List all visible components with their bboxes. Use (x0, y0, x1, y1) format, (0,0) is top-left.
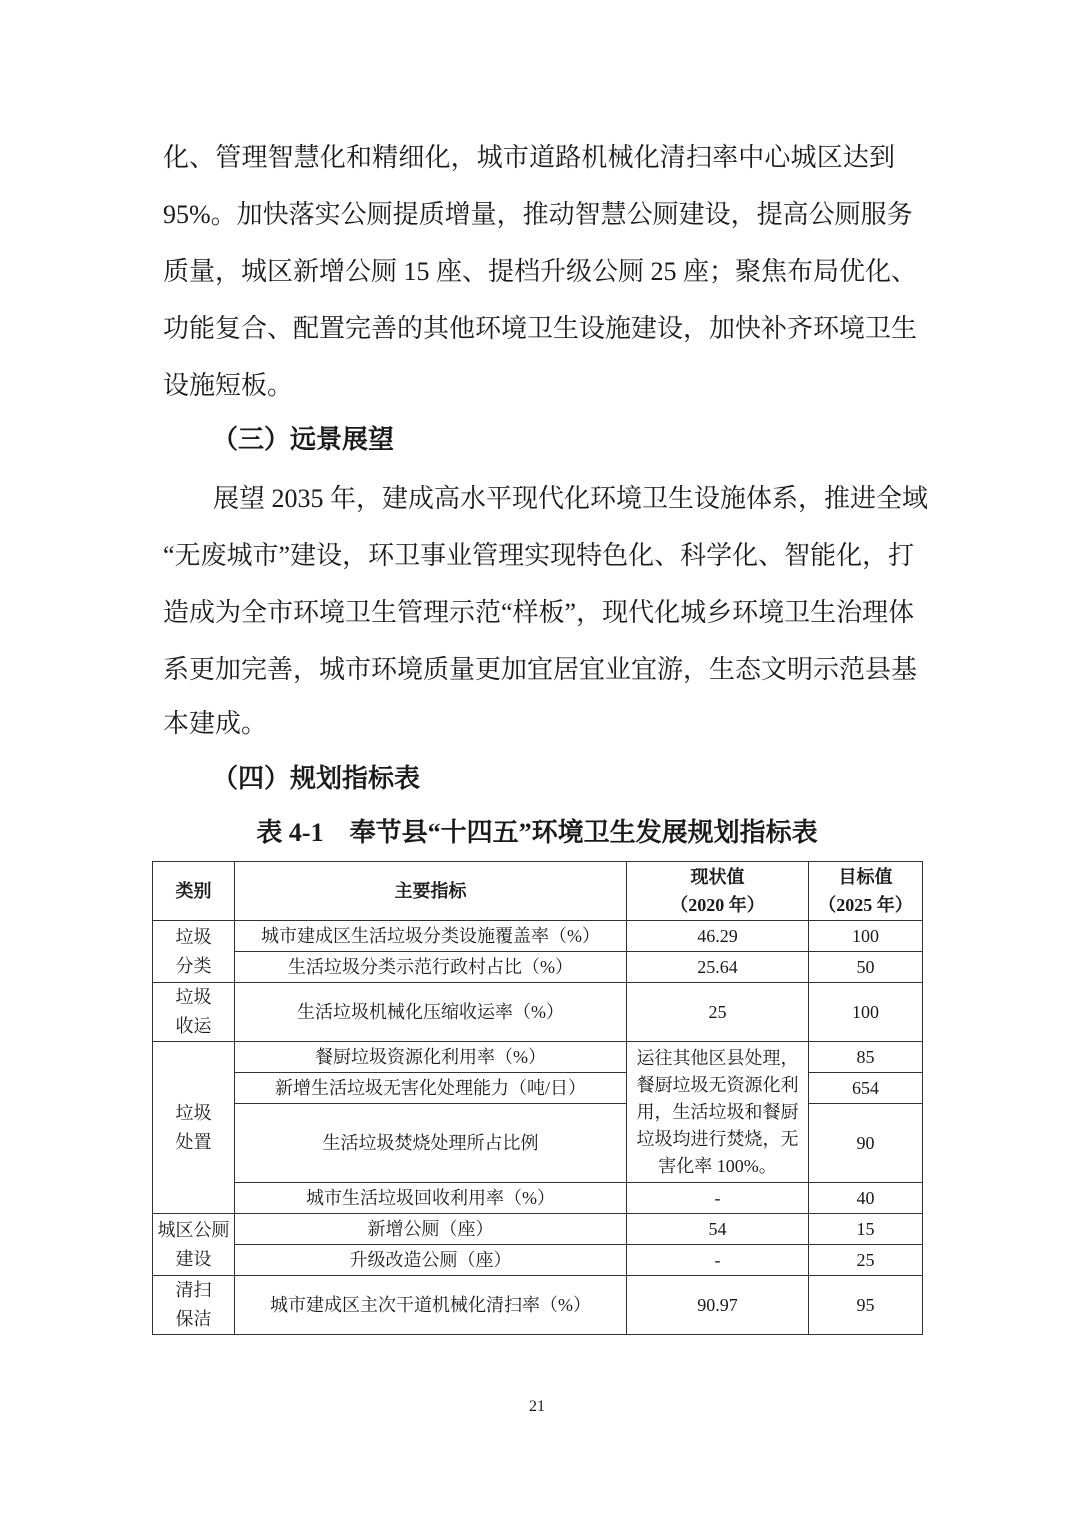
table-header-row: 类别 主要指标 现状值（2020 年） 目标值（2025 年） (153, 862, 923, 921)
current-cell: 25 (627, 983, 809, 1042)
section-heading: （三）远景展望 (212, 425, 394, 455)
header-target-year: （2025 年） (818, 895, 913, 915)
table-row: 城市生活垃圾回收利用率（%） - 40 (153, 1183, 923, 1214)
header-indicator: 主要指标 (235, 862, 627, 921)
text-line: 化、管理智慧化和精细化，城市道路机械化清扫率中心城区达到 (163, 143, 895, 173)
text-line: 本建成。 (163, 709, 895, 739)
table-row: 城区公厕建设 新增公厕（座） 54 15 (153, 1214, 923, 1245)
target-cell: 50 (809, 952, 923, 983)
header-target-label: 目标值 (839, 867, 893, 887)
indicator-cell: 生活垃圾机械化压缩收运率（%） (235, 983, 627, 1042)
current-cell: - (627, 1183, 809, 1214)
category-cell: 垃圾收运 (153, 983, 235, 1042)
indicator-cell: 升级改造公厕（座） (235, 1245, 627, 1276)
text-line: 展望 2035 年，建成高水平现代化环境卫生设施体系，推进全域 (213, 484, 895, 514)
table-row: 生活垃圾分类示范行政村占比（%） 25.64 50 (153, 952, 923, 983)
indicator-cell: 餐厨垃圾资源化利用率（%） (235, 1042, 627, 1073)
target-cell: 100 (809, 921, 923, 952)
text-line: 系更加完善，城市环境质量更加宜居宜业宜游，生态文明示范县基 (163, 655, 895, 685)
table-caption: 表 4-1 奉节县“十四五”环境卫生发展规划指标表 (0, 818, 1074, 848)
page-number: 21 (0, 1398, 1074, 1416)
header-current: 现状值（2020 年） (627, 862, 809, 921)
target-cell: 85 (809, 1042, 923, 1073)
indicator-cell: 城市建成区生活垃圾分类设施覆盖率（%） (235, 921, 627, 952)
target-cell: 15 (809, 1214, 923, 1245)
indicator-cell: 生活垃圾焚烧处理所占比例 (235, 1104, 627, 1183)
target-cell: 100 (809, 983, 923, 1042)
header-target: 目标值（2025 年） (809, 862, 923, 921)
target-cell: 95 (809, 1276, 923, 1335)
header-current-label: 现状值 (691, 867, 745, 887)
category-cell: 清扫保洁 (153, 1276, 235, 1335)
target-cell: 25 (809, 1245, 923, 1276)
indicator-table: 类别 主要指标 现状值（2020 年） 目标值（2025 年） 垃圾分类 城市建… (152, 861, 923, 1335)
header-current-year: （2020 年） (670, 895, 765, 915)
current-cell: 54 (627, 1214, 809, 1245)
text-line: 造成为全市环境卫生管理示范“样板”，现代化城乡环境卫生治理体 (163, 598, 895, 628)
table-row: 垃圾处置 餐厨垃圾资源化利用率（%） 运往其他区县处理，餐厨垃圾无资源化利用，生… (153, 1042, 923, 1073)
section-heading: （四）规划指标表 (212, 764, 420, 794)
indicator-cell: 城市建成区主次干道机械化清扫率（%） (235, 1276, 627, 1335)
indicator-cell: 新增公厕（座） (235, 1214, 627, 1245)
target-cell: 40 (809, 1183, 923, 1214)
current-cell: 46.29 (627, 921, 809, 952)
current-cell-merged: 运往其他区县处理，餐厨垃圾无资源化利用，生活垃圾和餐厨垃圾均进行焚烧，无害化率 … (627, 1042, 809, 1183)
text-line: 功能复合、配置完善的其他环境卫生设施建设，加快补齐环境卫生 (163, 314, 895, 344)
table-row: 垃圾收运 生活垃圾机械化压缩收运率（%） 25 100 (153, 983, 923, 1042)
target-cell: 654 (809, 1073, 923, 1104)
text-line: 质量，城区新增公厕 15 座、提档升级公厕 25 座；聚焦布局优化、 (163, 257, 895, 287)
indicator-cell: 城市生活垃圾回收利用率（%） (235, 1183, 627, 1214)
category-cell: 城区公厕建设 (153, 1214, 235, 1276)
text-line: 95%。加快落实公厕提质增量，推动智慧公厕建设，提高公厕服务 (163, 200, 895, 230)
current-cell: - (627, 1245, 809, 1276)
indicator-cell: 生活垃圾分类示范行政村占比（%） (235, 952, 627, 983)
text-line: 设施短板。 (163, 371, 895, 401)
header-category: 类别 (153, 862, 235, 921)
table-row: 垃圾分类 城市建成区生活垃圾分类设施覆盖率（%） 46.29 100 (153, 921, 923, 952)
target-cell: 90 (809, 1104, 923, 1183)
table-row: 升级改造公厕（座） - 25 (153, 1245, 923, 1276)
text-line: “无废城市”建设，环卫事业管理实现特色化、科学化、智能化，打 (163, 541, 895, 571)
table-row: 清扫保洁 城市建成区主次干道机械化清扫率（%） 90.97 95 (153, 1276, 923, 1335)
current-cell: 90.97 (627, 1276, 809, 1335)
category-cell: 垃圾分类 (153, 921, 235, 983)
category-cell: 垃圾处置 (153, 1042, 235, 1214)
indicator-cell: 新增生活垃圾无害化处理能力（吨/日） (235, 1073, 627, 1104)
current-cell: 25.64 (627, 952, 809, 983)
